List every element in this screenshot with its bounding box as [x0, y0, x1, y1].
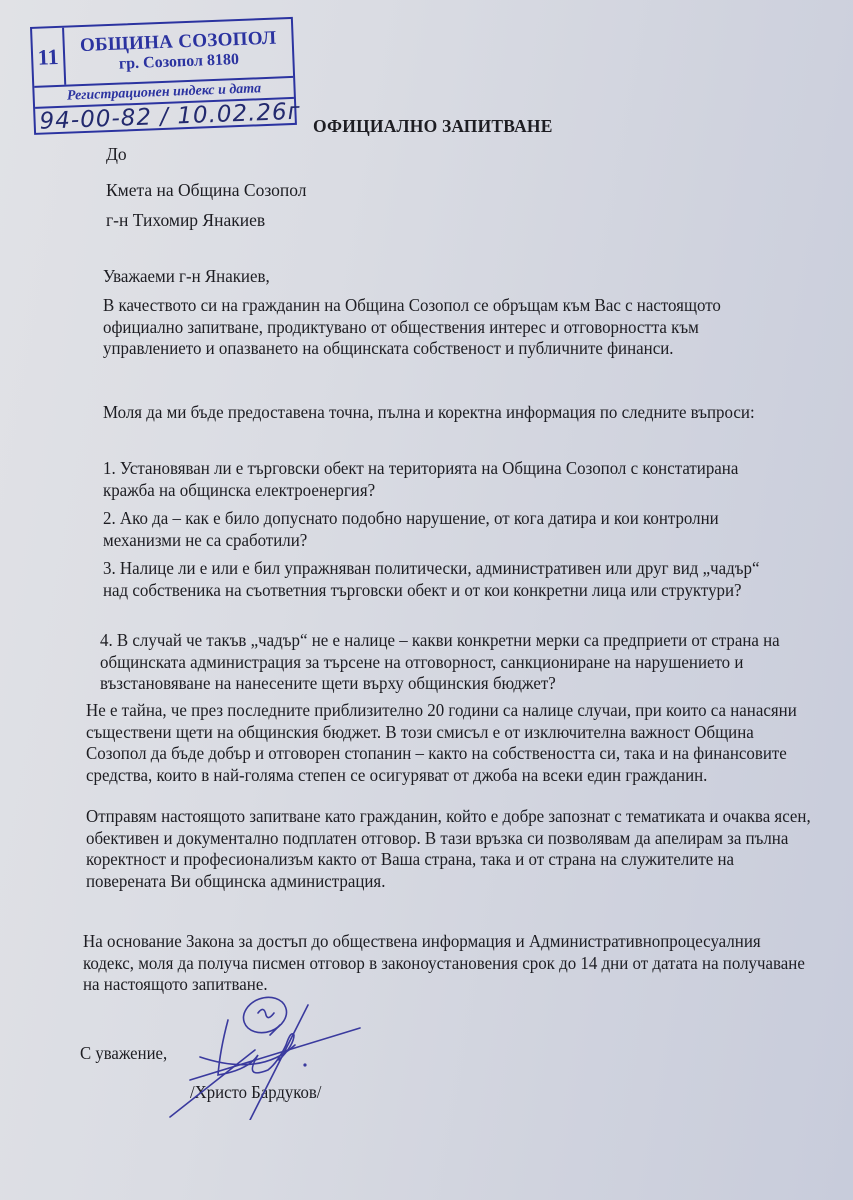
- document-title: ОФИЦИАЛНО ЗАПИТВАНЕ: [313, 116, 553, 137]
- question-text: 3. Налице ли е или е бил упражняван поли…: [103, 558, 773, 601]
- paragraph-intro: В качеството си на гражданин на Община С…: [103, 295, 773, 360]
- scanned-letter-page: 11 ОБЩИНА СОЗОПОЛ гр. Созопол 8180 Регис…: [0, 0, 853, 1200]
- stamp-organization-block: ОБЩИНА СОЗОПОЛ гр. Созопол 8180: [64, 19, 293, 85]
- paragraph-request: Моля да ми бъде предоставена точна, пълн…: [103, 402, 773, 424]
- question-text: 4. В случай че такъв „чадър“ не е налице…: [100, 630, 844, 695]
- paragraph-appeal: Отправям настоящото запитване като гражд…: [86, 806, 811, 892]
- question-text: 2. Ако да – как е било допуснато подобно…: [103, 508, 773, 551]
- addressee-recipient: Кмета на Община Созопол: [106, 180, 307, 201]
- addressee-to: До: [106, 144, 127, 165]
- stamp-header: 11 ОБЩИНА СОЗОПОЛ гр. Созопол 8180: [32, 19, 293, 88]
- paragraph-context: Не е тайна, че през последните приблизит…: [86, 700, 811, 786]
- stamp-city: гр. Созопол 8180: [119, 51, 240, 73]
- question-4: 4. В случай че такъв „чадър“ не е налице…: [100, 630, 844, 695]
- paragraph-text: Моля да ми бъде предоставена точна, пълн…: [103, 402, 773, 424]
- handwritten-signature-icon: [160, 985, 380, 1120]
- question-1: 1. Установяван ли е търговски обект на т…: [103, 458, 773, 501]
- closing-salutation: С уважение,: [80, 1043, 167, 1064]
- registration-stamp: 11 ОБЩИНА СОЗОПОЛ гр. Созопол 8180 Регис…: [30, 17, 297, 135]
- question-text: 1. Установяван ли е търговски обект на т…: [103, 458, 773, 501]
- question-3: 3. Налице ли е или е бил упражняван поли…: [103, 558, 773, 601]
- greeting-text: Уважаеми г-н Янакиев,: [103, 266, 773, 288]
- paragraph-text: В качеството си на гражданин на Община С…: [103, 295, 773, 360]
- stamp-number: 11: [32, 28, 66, 86]
- question-2: 2. Ако да – как е било допуснато подобно…: [103, 508, 773, 551]
- addressee-name: г-н Тихомир Янакиев: [106, 210, 265, 231]
- paragraph-text: Отправям настоящото запитване като гражд…: [86, 806, 811, 892]
- paragraph-text: Не е тайна, че през последните приблизит…: [86, 700, 811, 786]
- greeting: Уважаеми г-н Янакиев,: [103, 266, 773, 288]
